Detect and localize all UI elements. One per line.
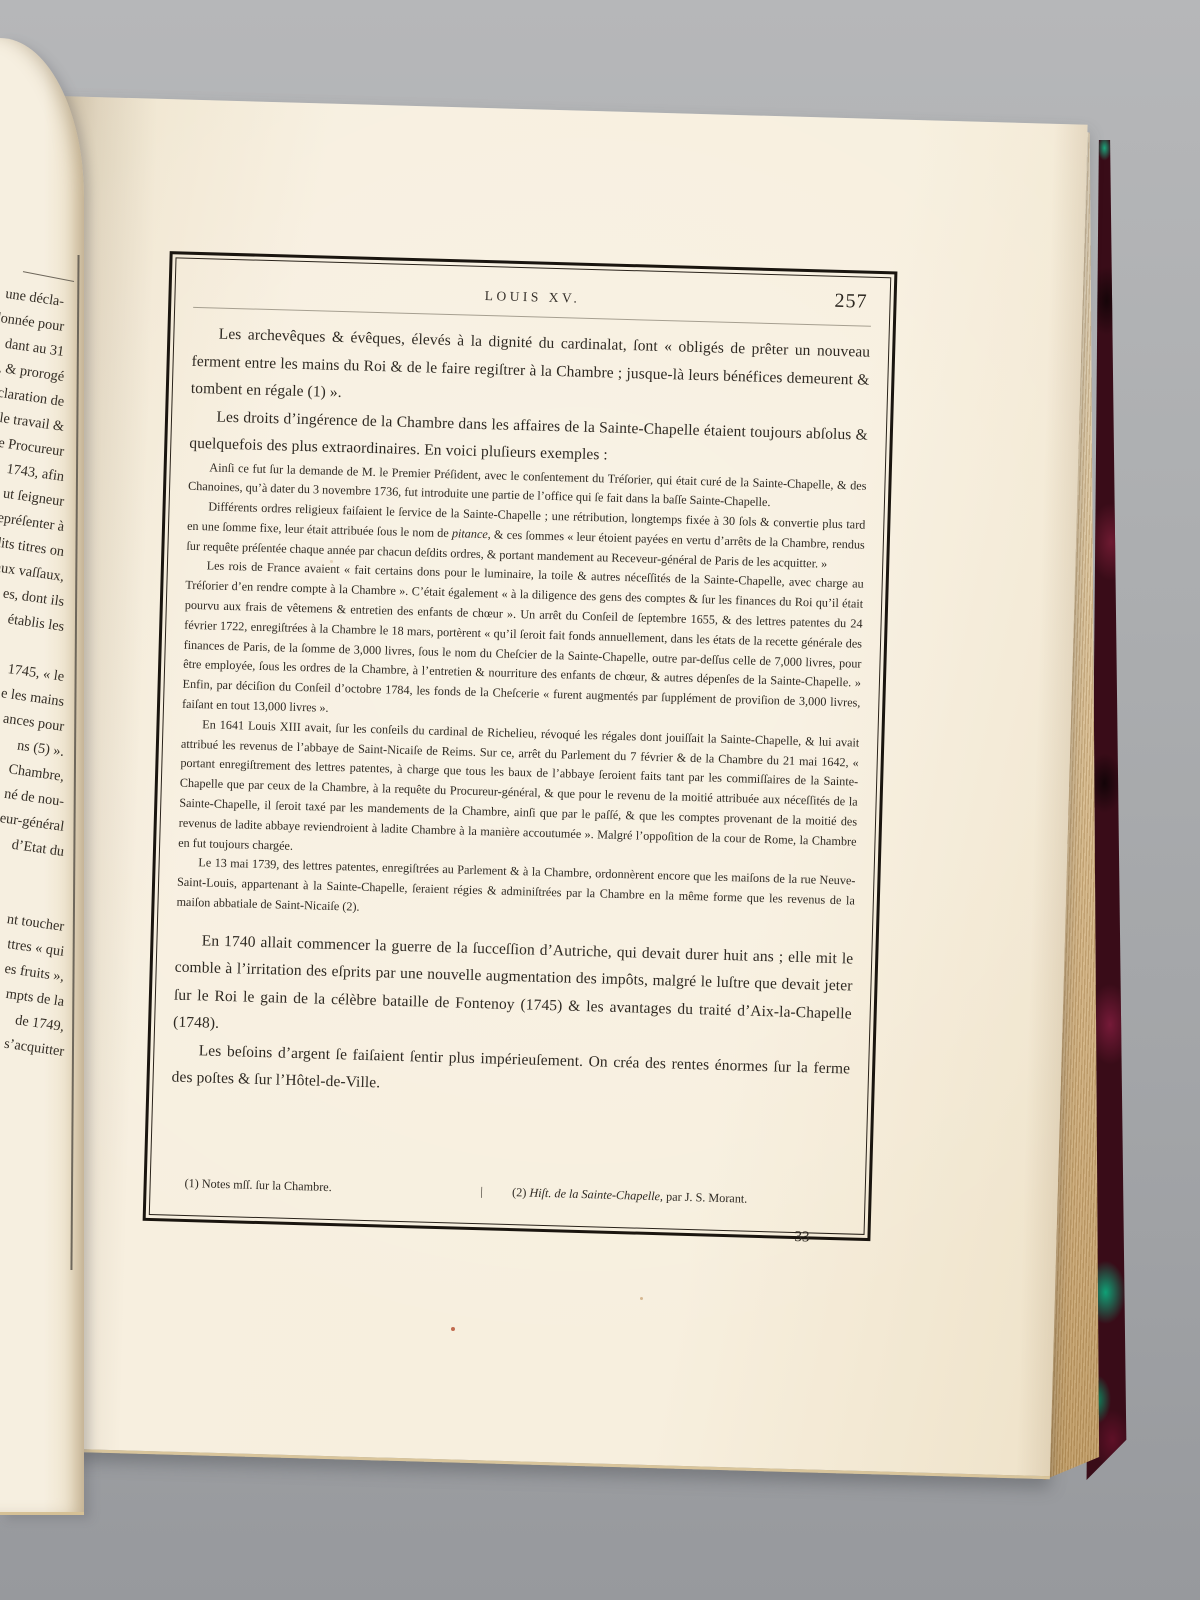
left-page-frame-rule	[71, 255, 80, 1270]
footnote-2-title: Hiſt. de la Sainte-Chapelle,	[529, 1186, 663, 1204]
book-right-page: LOUIS XV. 257 Les archevêques & évêques,…	[20, 96, 1087, 1479]
paragraph-8: En 1740 allait commencer la guerre de la…	[173, 926, 854, 1055]
paragraph-5: Les rois de France avaient « fait certai…	[182, 556, 864, 733]
body-text: Les archevêques & évêques, élevés à la d…	[169, 320, 870, 1182]
footnote-2-author: par J. S. Morant.	[663, 1189, 748, 1205]
left-page-text-fragment: une décla-donnée pourdant au 31, & proro…	[0, 290, 64, 1065]
footnote-2-marker: (2)	[512, 1185, 530, 1199]
paragraph-6: En 1641 Louis XIII avait, ſur les conſei…	[178, 715, 860, 872]
left-page-line: une décla-	[0, 248, 66, 315]
book-left-page: une décla-donnée pourdant au 31, & proro…	[0, 38, 84, 1515]
printed-frame-inner: LOUIS XV. 257 Les archevêques & évêques,…	[149, 257, 891, 1235]
page-header: LOUIS XV. 257	[193, 271, 872, 323]
footnote-2: (2) Hiſt. de la Sainte-Chapelle, par J. …	[483, 1183, 748, 1206]
left-page-frame-rule-top	[23, 271, 74, 282]
paragraph-4-italic: pitance	[452, 526, 488, 541]
folio-page-number: 257	[834, 290, 868, 314]
printed-frame: LOUIS XV. 257 Les archevêques & évêques,…	[143, 251, 898, 1241]
footnotes: (1) Notes mſſ. ſur la Chambre. | (2) Hiſ…	[168, 1175, 846, 1210]
footnote-1: (1) Notes mſſ. ſur la Chambre.	[168, 1175, 480, 1200]
signature-mark: 33	[794, 1229, 809, 1246]
